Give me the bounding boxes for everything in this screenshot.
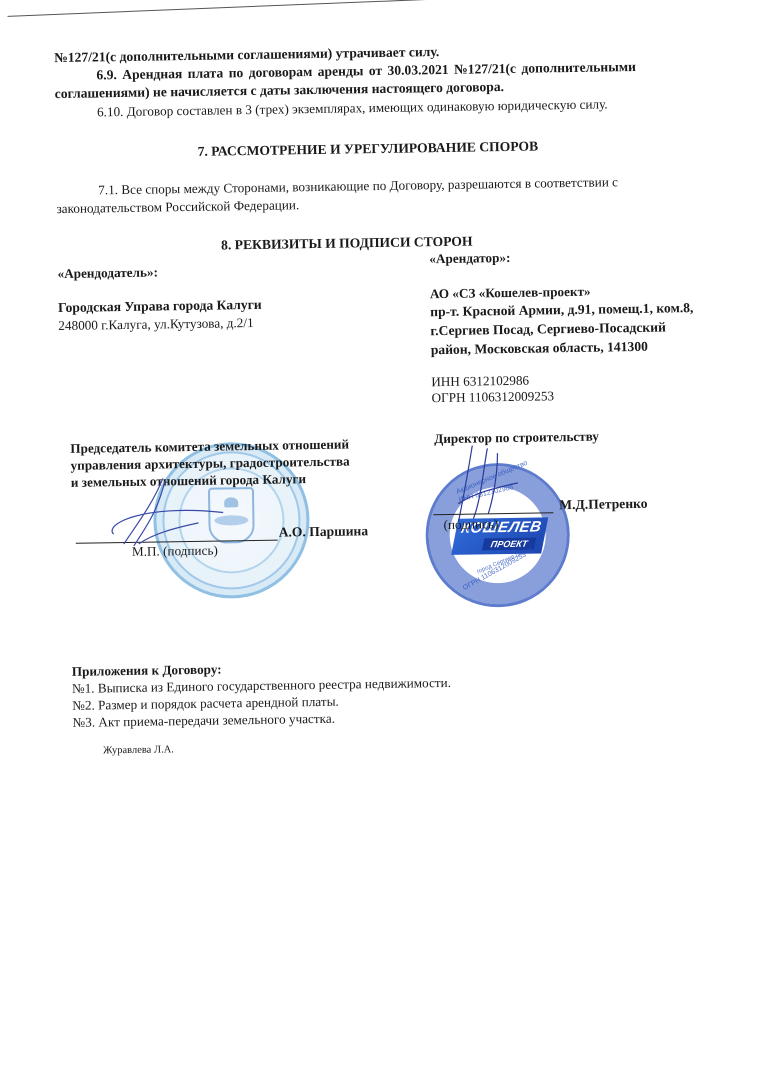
tenant-signature-caption: (подпись)	[443, 516, 498, 533]
landlord-name: Городская Управа города Калуги	[58, 297, 262, 316]
tenant-address-line3: район, Московская область, 141300	[431, 339, 648, 358]
landlord-position-line2: управления архитектуры, градостроительст…	[70, 453, 349, 473]
attachment-item-3: №3. Акт приема-передачи земельного участ…	[72, 711, 335, 731]
clause-7-1-line1: 7.1. Все споры между Сторонами, возникаю…	[98, 174, 618, 198]
executor-name: Журавлева Л.А.	[103, 744, 174, 756]
landlord-role-label: «Арендодатель»:	[57, 264, 158, 282]
tenant-inn: ИНН 6312102986	[431, 373, 529, 391]
tenant-address-line2: г.Сергиев Посад, Сергиево-Посадский	[430, 320, 666, 340]
section-7-heading: 7. РАССМОТРЕНИЕ И УРЕГУЛИРОВАНИЕ СПОРОВ	[198, 138, 539, 159]
tenant-signatory-name: М.Д.Петренко	[559, 496, 648, 513]
top-rule	[7, 0, 537, 17]
landlord-signatory-name: А.О. Паршина	[279, 523, 369, 540]
tenant-handwritten-signature	[442, 443, 533, 524]
tenant-address-line1: пр-т. Красной Армии, д.91, помещ.1, ком.…	[430, 300, 693, 320]
attachments-heading: Приложения к Договору:	[72, 662, 222, 680]
landlord-address: 248000 г.Калуга, ул.Кутузова, д.2/1	[58, 315, 253, 334]
document-page: №127/21(с дополнительными соглашениями) …	[0, 0, 764, 1080]
tenant-role-label: «Арендатор»:	[429, 250, 510, 267]
clause-7-1-line2: законодательством Российской Федерации.	[56, 197, 299, 217]
tenant-name: АО «СЗ «Кошелев-проект»	[430, 284, 591, 303]
landlord-handwritten-signature	[103, 472, 224, 554]
tenant-ogrn: ОГРН 1106312009253	[431, 388, 554, 406]
